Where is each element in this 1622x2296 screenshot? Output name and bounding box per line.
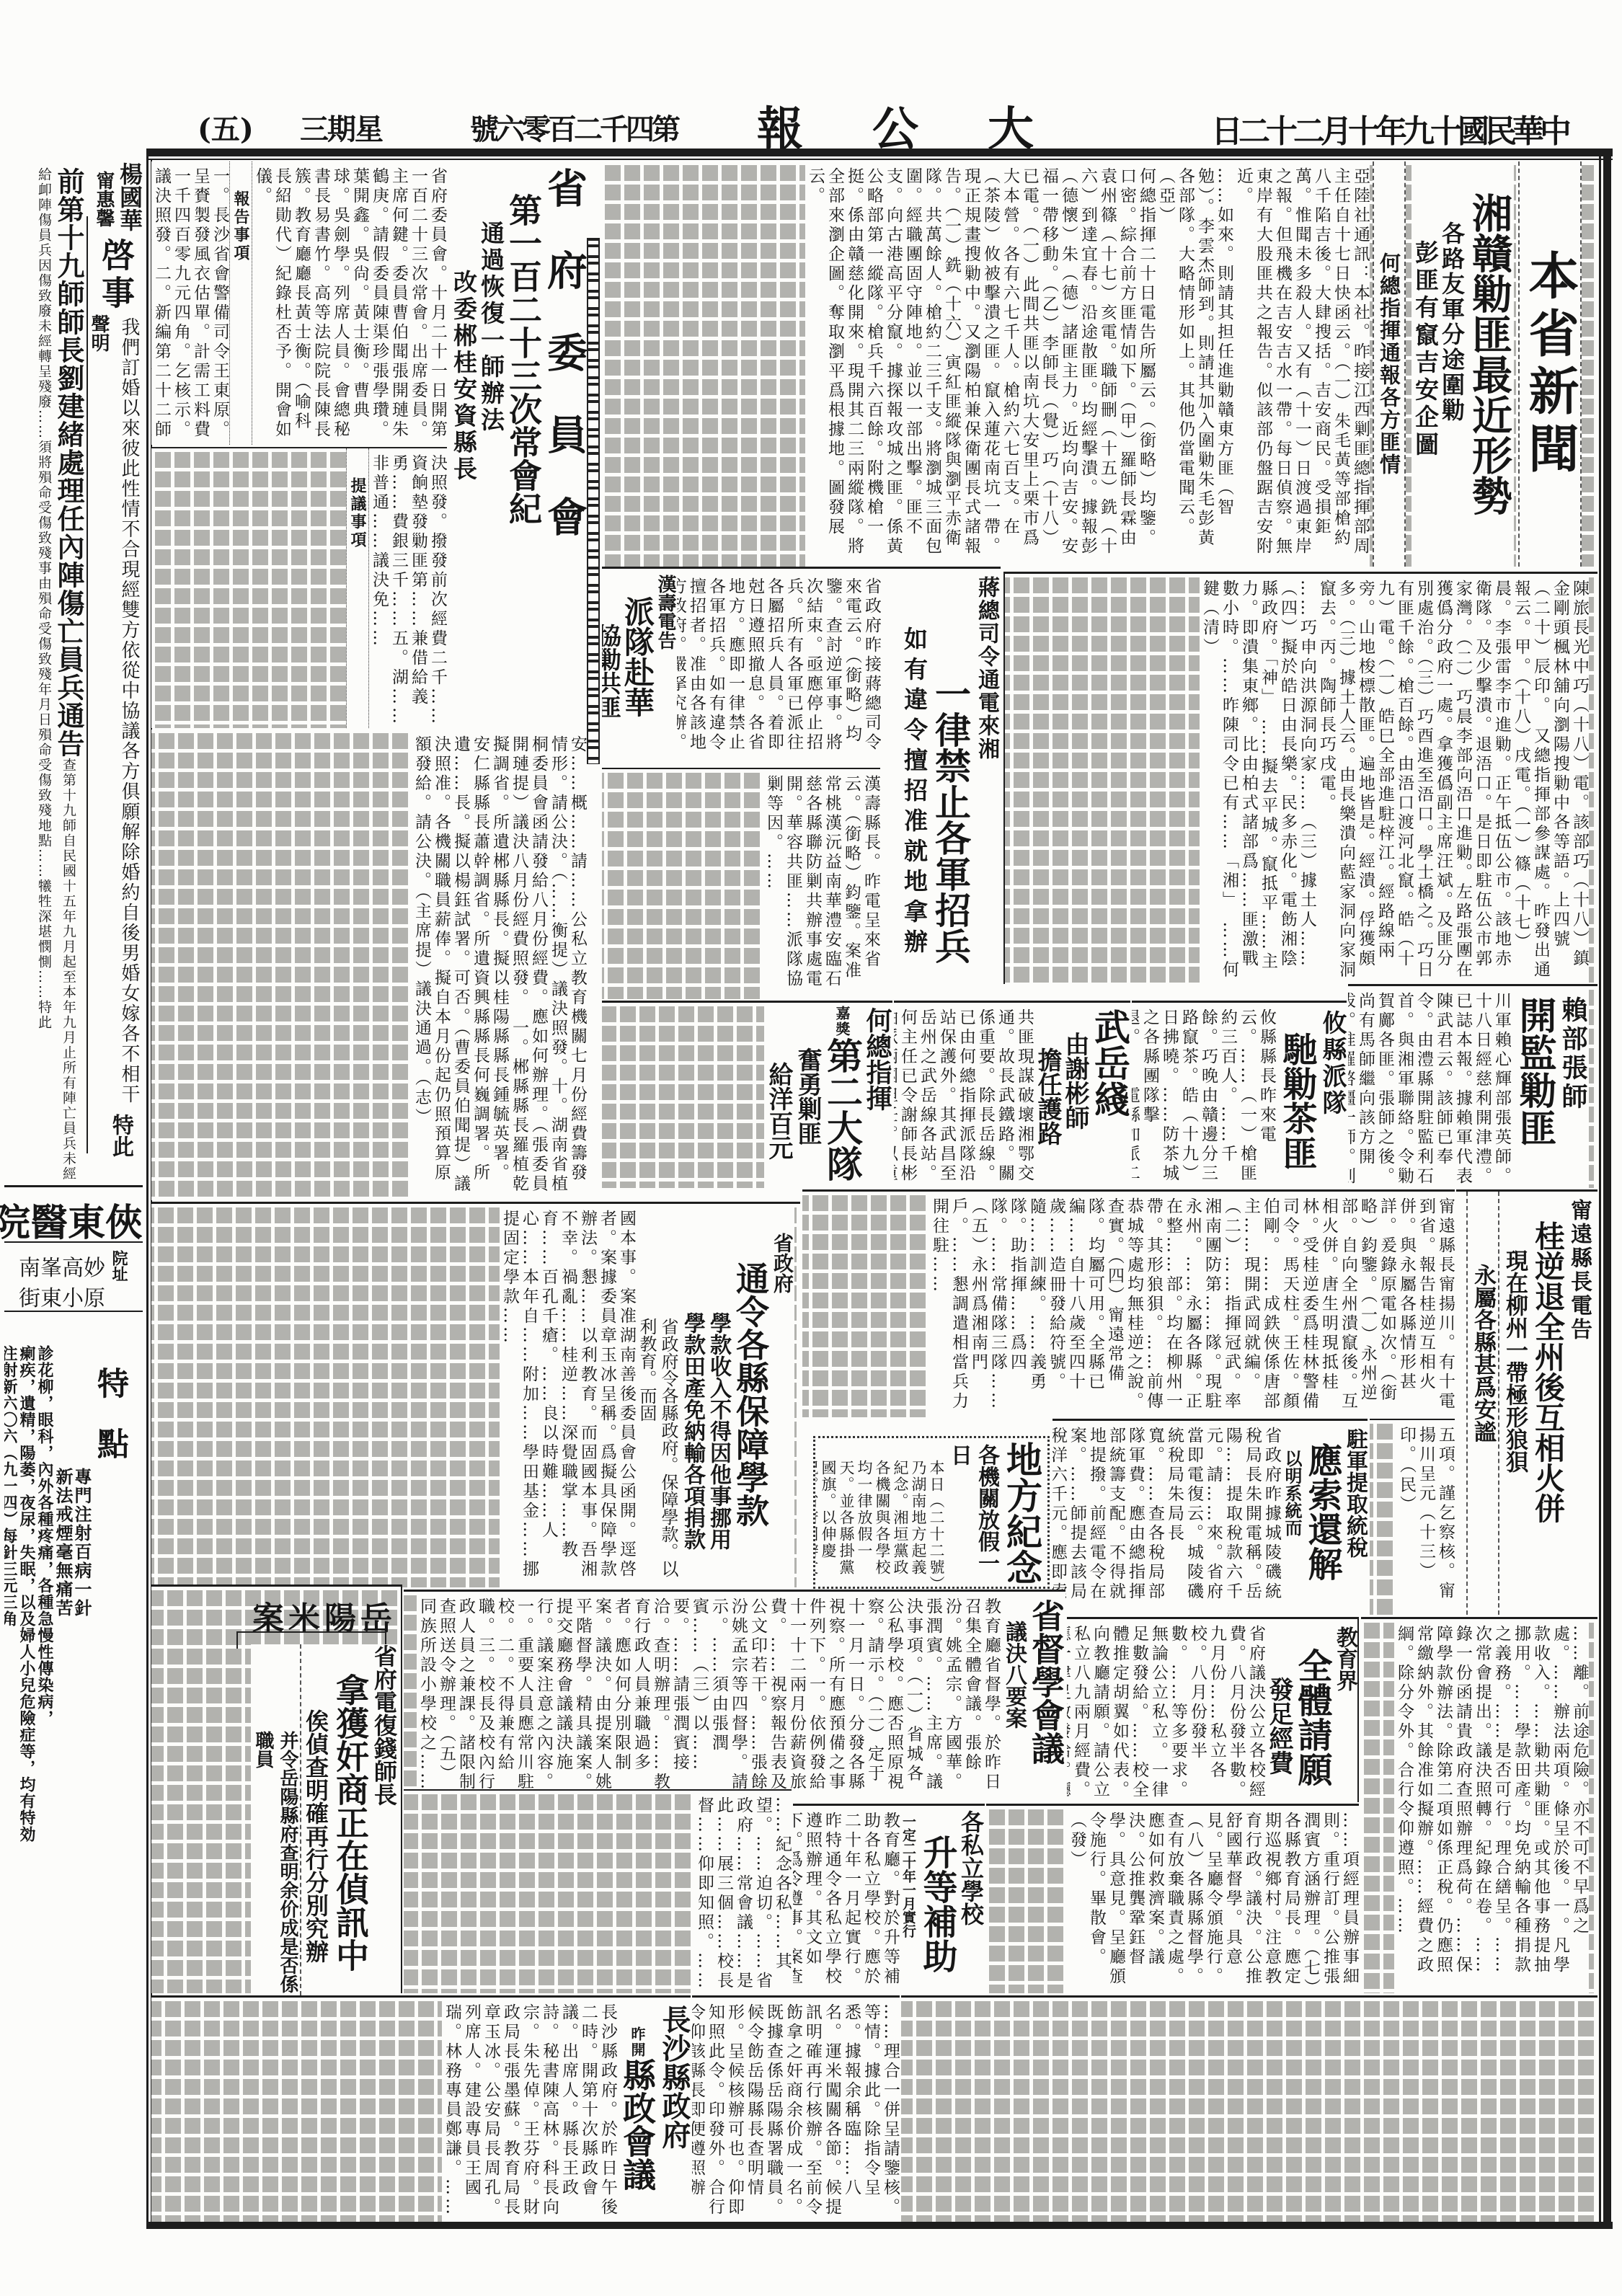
feature-item: 新法戒煙毫無痛苦 xyxy=(53,1316,72,2219)
subheadline: 現在柳州一帶極形狼狽 xyxy=(1499,1192,1530,1615)
notice-label: 聲明 xyxy=(85,314,110,365)
masthead-date: 中華民國十九年十月二十二日 xyxy=(1211,105,1572,151)
headline: 應索還解 xyxy=(1303,1421,1342,1616)
article-inspectors-meeting-continued: ……項經理員辦事細則。重行訂。公推張潤賓方涵辦理。（七）各縣教育局長。應定期巡視… xyxy=(986,1804,1359,1993)
headline: 縣政會議 xyxy=(618,2058,657,2191)
headline: 第二大隊 xyxy=(821,1037,864,1182)
kicker: 甯遠縣長電告 xyxy=(1566,1192,1592,1615)
notice-names: 楊國華 甯惠馨 xyxy=(87,162,144,241)
kicker: 何總指揮 xyxy=(862,1003,892,1188)
top-rule-thin xyxy=(146,159,1613,160)
article-inspectors-meeting: 省督學會議 議決八要案 教育廳省督學。於昨日召集全體會議。張餘汾。姚孟宗。方國華… xyxy=(404,1590,1065,1801)
features-label: 特點 xyxy=(91,1316,128,2219)
article-body-continued: 決照發。撥發前次經費二千……資餉墊發勦匪第……兼借給義勇……費銀三千……五。湖…… xyxy=(151,447,447,728)
body-text: 漢壽縣長。昨電呈來省云。（銜略）鈞鑒。案准常桃漢沅益南華澧安臨石慈各縣聯防剿共辦… xyxy=(763,769,880,999)
proposal-items: 安……概……請……公私立教育機關七月份經費籌發情形。請公決。（……衡提）議決照發… xyxy=(412,730,587,1200)
frame-right-rule xyxy=(1603,149,1611,2229)
article-wuyue-line: 武岳綫 由謝彬師 擔任護路 共匪現謀破壞湘鄂交通。故長武鐵路。關係重要。除長岳線… xyxy=(894,1001,1130,1188)
article-yueyang-rice: 岳陽米案 省府電復錢師長 拿獲奸商正在偵訊中 俟偵查明確再行分別究辦 并令岳陽縣… xyxy=(151,1584,402,1993)
headline: 省督學會議 xyxy=(1027,1592,1065,1801)
masthead-issue-number: 第四千二百零六號 xyxy=(447,107,678,148)
report-items-continued: 決照發。撥發前次經費二千……資餉墊發勦匪第……兼借給義勇……費銀三千……五。湖…… xyxy=(369,448,447,728)
frame-right-rule-inner xyxy=(1599,149,1601,2229)
subheadline-group: 省府電復錢師長 拿獲奸商正在偵訊中 俟偵查明確再行分別究辦 并令岳陽縣府查明余价… xyxy=(151,1644,401,1995)
headline-column: 嘉獎第二大隊 xyxy=(822,1003,862,1188)
article-provincial-committee-continued: 安……概……請……公私立教育機關七月份經費籌發情形。請公決。（……衡提）議決照發… xyxy=(151,730,587,1200)
subheadline: 奮勇剿匪 xyxy=(793,1003,822,1188)
subheadline: 學款田產免納輸各項捐款 xyxy=(679,1204,705,1587)
notice-body: 我們訂婚以來彼此性情不合現經雙方依從中協議各方俱願解除婚約自後男婚女嫁各不相干 xyxy=(115,317,143,1110)
article-body: 國本事。案准湖南善後委員會公函開。逕啓者。案據委員章玉冰呈稱。爲擬具保障學款辦法… xyxy=(500,1204,636,1587)
article-anniversary-box: 地方紀念 各機關放假一日 本日（二十二號）乃湖南地方起義紀念。湘垣黨政各機關與各… xyxy=(813,1436,1050,1589)
article-body: 教育廳省督學。於昨日召集全體會議。張餘汾。姚孟宗。方國華。張潤賓。……主席。議決… xyxy=(417,1592,1001,1801)
subheadline: 以明系統而 xyxy=(1281,1421,1303,1616)
article-field-reports: 陳旅長光中巧（十八）電。該部巧（十八）鎮金剛頭楓林舖向瀏陽搜勦中各等語。上四號（… xyxy=(1003,572,1597,984)
notice-title: 啓事 xyxy=(92,238,137,317)
notice-title: 前第十九師師長劉建緒處理任內陣傷亡員兵通告 xyxy=(53,167,85,758)
closing-text: 五項。謹乞察核。甯揚川呈元（十三）印。（民） xyxy=(1396,1420,1455,1615)
label-text: 院址 xyxy=(110,1250,128,1308)
article-body-continued: ……如來。則請其担任進勦贛東方匪（智勉）。李雲杰師到。則請其加入圍勦朱毛彭黃各部… xyxy=(1156,161,1233,567)
feature-item: 專門注射百病一針 xyxy=(72,1316,91,2219)
closing-text: 特此 xyxy=(107,1114,133,1179)
notice-closing: 特此 xyxy=(105,1114,133,1179)
article-education-petition: 教育界 全體請願 發足經費 省府議決公立各校經費。八月份發半數。九月份……私立各… xyxy=(1067,1617,1359,1802)
article-body: 教育廳。對於升等補助各私立學校。應於二十年一月起實行。昨特通令各私立學校遵照辦理… xyxy=(793,1806,900,1993)
ad-rule xyxy=(4,1241,143,1243)
article-body: 省府議決公立各校經費。八月份發半數。九月份……私立各校。八月份發半數。……等多要… xyxy=(1067,1619,1265,1802)
subheadline: 各路友軍分途圍勦 xyxy=(1439,161,1465,567)
section-kicker: 本省新聞 xyxy=(1518,161,1582,567)
headline: 第一百二十三次常會紀 xyxy=(505,161,542,728)
subheadline: 由謝彬師 xyxy=(1061,1003,1089,1188)
article-commendation: 何總指揮 嘉獎第二大隊 奮勇剿匪 給洋百元 xyxy=(602,1001,892,1188)
body-text: 省政府昨接蔣總司令來電云。（銜略）均鑒。查討逆軍事。將次結束。亟應停止招兵。所有… xyxy=(676,572,881,765)
article-body: 川軍賴心輝部張英師。十八日經慈利開津澧。已誌本報。據賴軍代表陳武君云。該師已奉令… xyxy=(1348,986,1511,1188)
body-text: ……離。前途危險。亦不可不早爲之處。……辦法兩項。條呈於後。一。凡學款收入。……… xyxy=(1394,1619,1589,1993)
kicker: 駐軍提取統稅 xyxy=(1342,1421,1368,1616)
subheadline: 通過恢復一師辦法 xyxy=(477,161,505,728)
tag: 嘉獎 xyxy=(833,1006,851,1037)
ningyuan-closing: 五項。謹乞察核。甯揚川呈元（十三）印。（民） xyxy=(1370,1419,1455,1615)
name: 甯惠馨 xyxy=(92,162,115,241)
headline: 升等補助 xyxy=(917,1806,957,1993)
body-text: ……項經理員辦事細則。重行訂。公推張潤賓方涵辦理。（七）各縣教育局長。應定期巡視… xyxy=(1067,1806,1359,1993)
subheadline: 省府電復錢師長 xyxy=(371,1644,398,1995)
article-fragments: ……巧申向洪源洞向家……（三）據土人……（四）擬於皓日由長樂。民多赤化。電飭湘陰… xyxy=(1200,574,1316,984)
headline: 一律禁止各軍招兵 xyxy=(929,569,972,999)
bottom-rule xyxy=(146,2222,1613,2229)
article-chiang-telegram: 蔣總司令通電來湘 一律禁止各軍招兵 如有違令擅招准就地拿辦 省政府昨接蔣總司令來… xyxy=(602,567,1001,999)
subheadline: 改委郴桂安資縣長 xyxy=(450,161,477,728)
headline: 通令各縣保障學款 xyxy=(731,1204,770,1587)
subheadline: 發足經費 xyxy=(1265,1619,1293,1802)
headline: 派隊赴華 xyxy=(621,572,654,765)
headline: 馳勦茶匪 xyxy=(1276,1003,1318,1188)
subheadline: 協勦共匪 xyxy=(602,572,621,765)
article-body: 省政府昨接蔣總司令來電云。（銜略）均鑒。查討逆軍事。將次結束。亟應停止招兵。所有… xyxy=(676,572,881,765)
address-label: 院址 xyxy=(108,1250,128,1308)
headline: 桂逆退全州後互相火併 xyxy=(1530,1192,1566,1615)
report-items: 一。長沙省會警備司令王東原。呈賚製發風衣估單。計需工料費一千四百零九元四角。乞核… xyxy=(151,161,229,445)
decorative-border xyxy=(587,238,600,764)
headline: 武岳綫 xyxy=(1089,1003,1130,1188)
article-body: 省府委員會。十月二十一日開第一百二十三次常會。出席委員。主席何鍵。委員曹伯聞張開… xyxy=(151,161,447,445)
masthead-weekday: 星期三 xyxy=(296,107,382,148)
headline: 湘贛勦匪最近形勢 xyxy=(1465,161,1514,567)
label-text: 聲明 xyxy=(88,314,110,365)
kicker: 各私立學校 xyxy=(957,1806,985,1993)
subheadline: 并令岳陽縣府查明余价成是否係職員 xyxy=(251,1644,300,1995)
article-school-funds-continued: ……離。前途危險。亦不可不早爲之處。……辦法兩項。條呈於後。一。凡學款收入。……… xyxy=(1361,1617,1597,1993)
hanshou-article-body: 漢壽縣長。昨電呈來省云。（銜略）鈞鑒。案准常桃漢沅益南華澧安臨石慈各縣聯防剿共辦… xyxy=(602,768,880,999)
article-private-schools-continued: ……紀念各私……其望。……迫切。……省政府……常會議……是此……展三個……校長督… xyxy=(404,1789,792,1993)
headline-group: 蔣總司令通電來湘 一律禁止各軍招兵 如有違令擅招准就地拿辦 xyxy=(884,569,1001,999)
headline-group: 省府委員會 第一百二十三次常會紀 通過恢復一師辦法 改委郴桂安資縣長 xyxy=(448,161,587,728)
notice-text: 我們訂婚以來彼此性情不合現經雙方依從中協議各方俱願解除婚約自後男婚女嫁各不相干 xyxy=(112,317,143,1110)
subheadline: 各機關放假一日 xyxy=(945,1438,1000,1587)
subheadline: 擔任護路 xyxy=(1034,1003,1061,1188)
article-body: 共匪現謀破壞湘鄂交通。故長武鐵路。關係重要。除長岳線。已由何總指揮派隊沿站保護外… xyxy=(894,1003,1034,1188)
ningyuan-article-body: 甯遠縣長甯揚川。有十電到省。報告桂逆互相火併。與永屬各縣情形甚詳。爰錄原電如次。… xyxy=(802,1189,1455,1417)
article-school-funds: 省政府 通令各縣保障學款 學款收入不得因他事挪用 學款田產免納輸各項捐款 省政府… xyxy=(151,1202,800,1587)
tag: 昨開 xyxy=(629,2026,646,2058)
kicker: 攸縣派隊 xyxy=(1318,1003,1347,1188)
address-line: 原小東街 xyxy=(13,1280,105,1312)
subheadline-main: 拿獲奸商正在偵訊中 xyxy=(330,1644,371,1995)
kicker: 省府委員會 xyxy=(542,161,587,728)
telegram-body: 何總指揮二十日電告所屬云。（銜略）均鑒。口密。綜合前方匪情如下。（甲）羅師長霖由… xyxy=(805,161,1156,567)
kicker: 省政府 xyxy=(770,1204,794,1587)
body-text: ……紀念各私……其望。……迫切。……省政府……常會議……是此……展三個……校長督… xyxy=(694,1791,792,1993)
body-text: 甯遠縣長甯揚川。有十電到省。報告桂逆互相火併。與永屬各縣情形甚詳。爰錄原電如次。… xyxy=(929,1192,1455,1417)
proposal-items-label: 提議事項 xyxy=(346,448,369,728)
headline-column: 昨開縣政會議 xyxy=(617,1998,657,2222)
address-line: 妙高峯南 xyxy=(13,1250,105,1282)
headline: 開監勦匪 xyxy=(1511,986,1557,1188)
division-notice-paragraph: 前第十九師師長劉建緒處理任內陣傷亡員兵通告查第十九師自民國十五年九月起至本年九月… xyxy=(36,167,85,1182)
article-body: 陳旅長光中巧（十八）電。該部巧（十八）鎮金剛頭楓林舖向瀏陽搜勦中各等語。上四號（… xyxy=(1316,574,1589,984)
illegible-text-region xyxy=(901,1995,1597,2222)
name: 楊國華 xyxy=(115,162,144,241)
article-hunan-jiangxi: 本省新聞 湘贛勦匪最近形勢 各路友軍分途圍勦 彭匪有竄吉安企圖 何總指揮通報各方… xyxy=(602,161,1597,567)
article-private-schools: 各私立學校 升等補助 一定二十年一月實行 教育廳。對於升等補助各私立學校。應於二… xyxy=(793,1804,985,1993)
division-notice-ad: 前第十九師師長劉建緒處理任內陣傷亡員兵通告查第十九師自民國十五年九月起至本年九月… xyxy=(4,167,85,1182)
article-yueyang-rice-continued: ……理合一併呈請鑒核。等情。據此。除指令呈悉。據報余稱臨……八名。運米闖關各節。… xyxy=(692,1995,900,2222)
lead-text: 省政府令各縣政府。保障學款。以利教育。而固 xyxy=(636,1204,679,1587)
kicker: 教育界 xyxy=(1331,1619,1357,1802)
ad-rule xyxy=(4,1185,143,1187)
article-body: 本日（二十二號）乃湖南地方起義紀念。湘垣黨政各機關與各學校均一律放假一天。並各縣… xyxy=(813,1438,945,1587)
headline: 地方紀念 xyxy=(1000,1438,1043,1587)
subheadline: 彭匪有竄吉安企圖 xyxy=(1412,161,1439,567)
article-changsha-county: 長沙縣政府 昨開縣政會議 長沙縣政府。於昨日午後二時。開第十次縣政會議。出席人。… xyxy=(151,1995,691,2222)
feature-item: 瘌疾，遺精，陽萎，夜尿，失眠，以及婦人小兒危險症等，均有特効 xyxy=(17,1316,35,2219)
hospital-name: 俠東醫院 xyxy=(0,1192,143,1246)
deck: 何總指揮通報各方匪情 xyxy=(1373,161,1406,567)
attendance-text: 省府委員會。十月二十一日開第一百二十三次常會。出席委員。主席何鍵。委員曹伯聞張開… xyxy=(252,161,447,445)
kicker: 長沙縣政府 xyxy=(657,1998,691,2222)
frame-left-rule xyxy=(146,149,149,2229)
report-items-label: 報告事項 xyxy=(229,161,252,445)
article-body: 亞陸社通訊：本社。昨接江西剿匪總指揮部周主任自十七日快函云。（一）朱毛黃等部槍約… xyxy=(1233,161,1370,567)
newspaper-page: 中華民國十九年十月二十二日 大公報 第四千二百零六號 星期三 (五) 本省新聞 … xyxy=(0,0,1622,2296)
subheadline: 如有違令擅招准就地拿辦 xyxy=(900,569,929,999)
subheadline: 學款收入不得因他事挪用 xyxy=(705,1204,731,1587)
top-rule xyxy=(146,149,1613,156)
headline: 全體請願 xyxy=(1293,1619,1331,1802)
article-lai-division: 賴部張師 開監勦匪 川軍賴心輝部張英師。十八日經慈利開津澧。已誌本報。據賴軍代表… xyxy=(1348,984,1597,1188)
article-tax-remittance: 駐軍提取統稅 應索還解 以明系統而 省政府昨據城陵磯統稅局長朱開電稱。岳陽……提… xyxy=(1052,1419,1368,1616)
ad-rule xyxy=(4,1311,143,1312)
kicker: 賴部張師 xyxy=(1557,986,1589,1188)
hospital-features: 特點 專門注射百病一針 新法戒煙毫無痛苦 診花柳，眼科，內外各種疼痛，各種急慢性… xyxy=(4,1316,143,2219)
kicker: 蔣總司令通電來湘 xyxy=(972,569,1001,999)
subheadline: 議決八要案 xyxy=(1001,1592,1027,1801)
body-text: ……理合一併呈請鑒核。等情。據此。除指令呈悉。據報余稱臨……八名。運米闖關各節。… xyxy=(692,1998,900,2222)
article-provincial-committee: 省府委員會 第一百二十三次常會紀 通過恢復一師辦法 改委郴桂安資縣長 省府委員會… xyxy=(151,161,587,728)
title-text: 啓事 xyxy=(95,238,137,317)
subheadline: 永屬各縣甚爲安謐 xyxy=(1466,1192,1499,1615)
masthead-page-number: (五) xyxy=(198,107,254,148)
ningyuan-headline-group: 甯遠縣長電告 桂逆退全州後互相火併 現在柳州一帶極形狼狽 永屬各縣甚爲安謐 xyxy=(1456,1189,1597,1615)
fee-item: 注射新六〇六（九一四）每針三元三角 xyxy=(4,1316,17,2219)
subheadline: 一定二十年一月實行 xyxy=(900,1806,917,1993)
article-youxian: 攸縣派隊 馳勦茶匪 攸縣縣長昨來電云。……（一）槍匪約三百人。……千餘。巧晚由贛… xyxy=(1132,1001,1347,1188)
subheadline: 俟偵查明確再行分別究辦 xyxy=(300,1644,330,1995)
kicker: 漢壽電告 xyxy=(654,572,677,765)
feature-item: 診花柳，眼科，內外各種疼痛，各種急慢性傳染病， xyxy=(35,1316,53,2219)
article-body: 攸縣縣長昨來電云。……（一）槍匪約三百人。……千餘。巧晚由贛邊分三路竄茶。皓（十… xyxy=(1132,1003,1276,1188)
subheadline: 給洋百元 xyxy=(764,1003,793,1188)
hanshou-headline-group: 漢壽電告 派隊赴華 協勦共匪 xyxy=(602,572,677,765)
article-body: 省政府昨據城陵磯統稅局長朱開電稱。岳陽……提取稅款六千元。請……來。省府當即電復… xyxy=(1052,1421,1281,1616)
article-body: 長沙縣政府。於昨日午後二時。開第十次縣政會議。出席人。縣長王政詩。秘書陳高林。科… xyxy=(442,1998,617,2222)
